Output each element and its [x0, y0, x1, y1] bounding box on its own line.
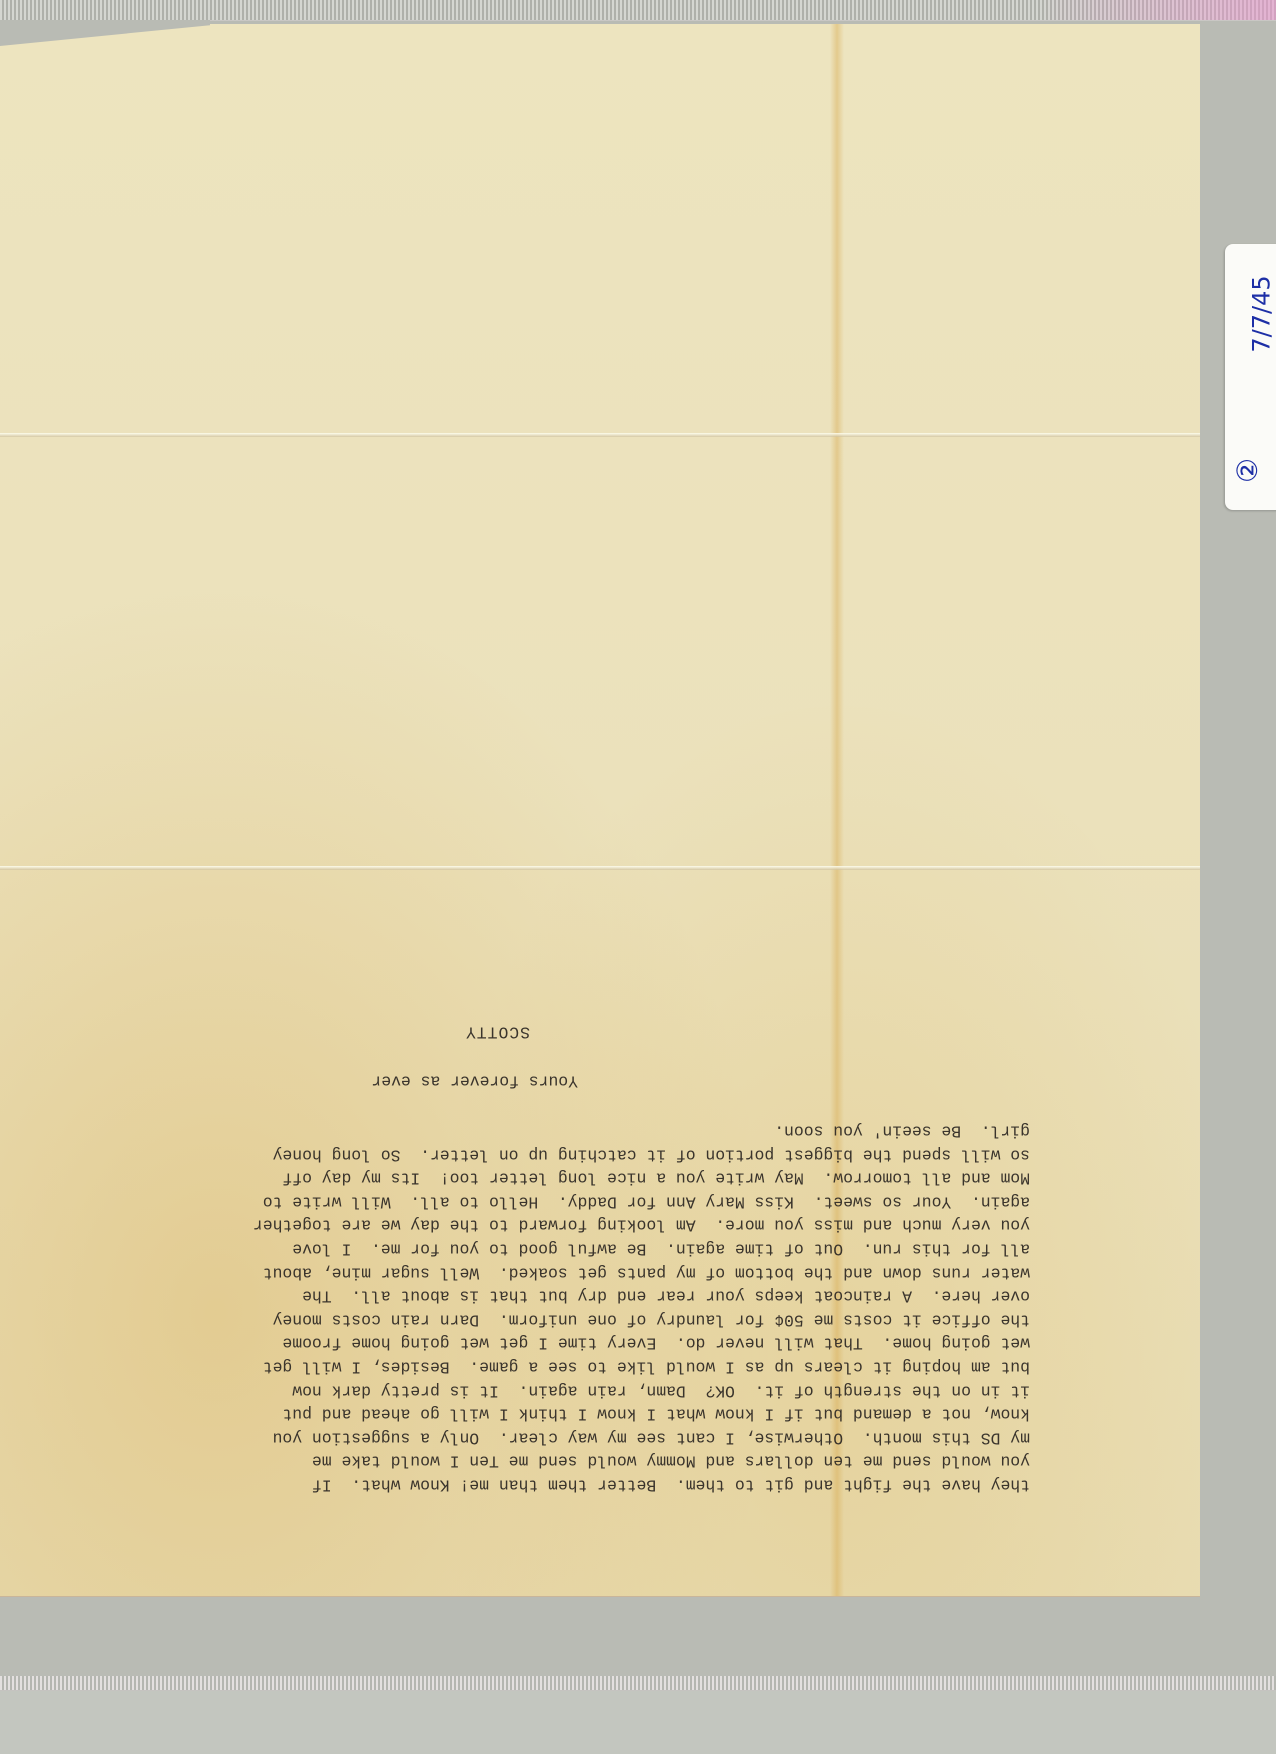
letter-line: wet going home. That will never do. Ever…	[60, 1332, 1030, 1356]
sleeve-top-edge	[0, 0, 1276, 21]
letter-line: my DS this month. Otherwise, I cant see …	[60, 1426, 1030, 1450]
upper-fold-crease	[0, 433, 1200, 437]
letter-closing: Yours forever as ever	[60, 1070, 578, 1094]
letter-line: you would send me ten dollars and Mommy …	[60, 1450, 1030, 1474]
letter-line: so will spend the biggest portion of it …	[60, 1143, 1030, 1167]
letter-line: they have the fight and git to them. Bet…	[60, 1473, 1030, 1497]
letter-line: again. Your so sweet. Kiss Mary Ann for …	[60, 1190, 1030, 1214]
lower-fold-crease	[0, 866, 1200, 870]
sleeve-bottom-edge	[0, 1676, 1276, 1691]
sleeve-lower-margin	[0, 1691, 1276, 1754]
letter-line: all for this run. Out of time again. Be …	[60, 1237, 1030, 1261]
letter-line: Mom and all tomorrow. May write you a ni…	[60, 1166, 1030, 1190]
letter-line: girl. Be seein' you soon.	[60, 1119, 1030, 1143]
letter-line: over here. A raincoat keeps your rear en…	[60, 1284, 1030, 1308]
letter-text-block: they have the fight and git to them. Bet…	[60, 1020, 1030, 1497]
letter-line: but am hoping it clears up as I would li…	[60, 1355, 1030, 1379]
index-tab-date: 7/7/45	[1248, 275, 1276, 352]
index-tab: 7/7/45 ②	[1225, 244, 1276, 510]
letter-line: you very much and miss you more. Am look…	[60, 1214, 1030, 1238]
index-tab-page-number: ②	[1231, 458, 1264, 483]
letter-line: know, not a demand but if I know what I …	[60, 1402, 1030, 1426]
letter-line: water runs down and the bottom of my pan…	[60, 1261, 1030, 1285]
letter-line: the office it costs me 50¢ for laundry o…	[60, 1308, 1030, 1332]
letter-line: it in on the strength of it. OK? Damn, r…	[60, 1379, 1030, 1403]
letter-signature: SCOTTY	[60, 1020, 530, 1044]
